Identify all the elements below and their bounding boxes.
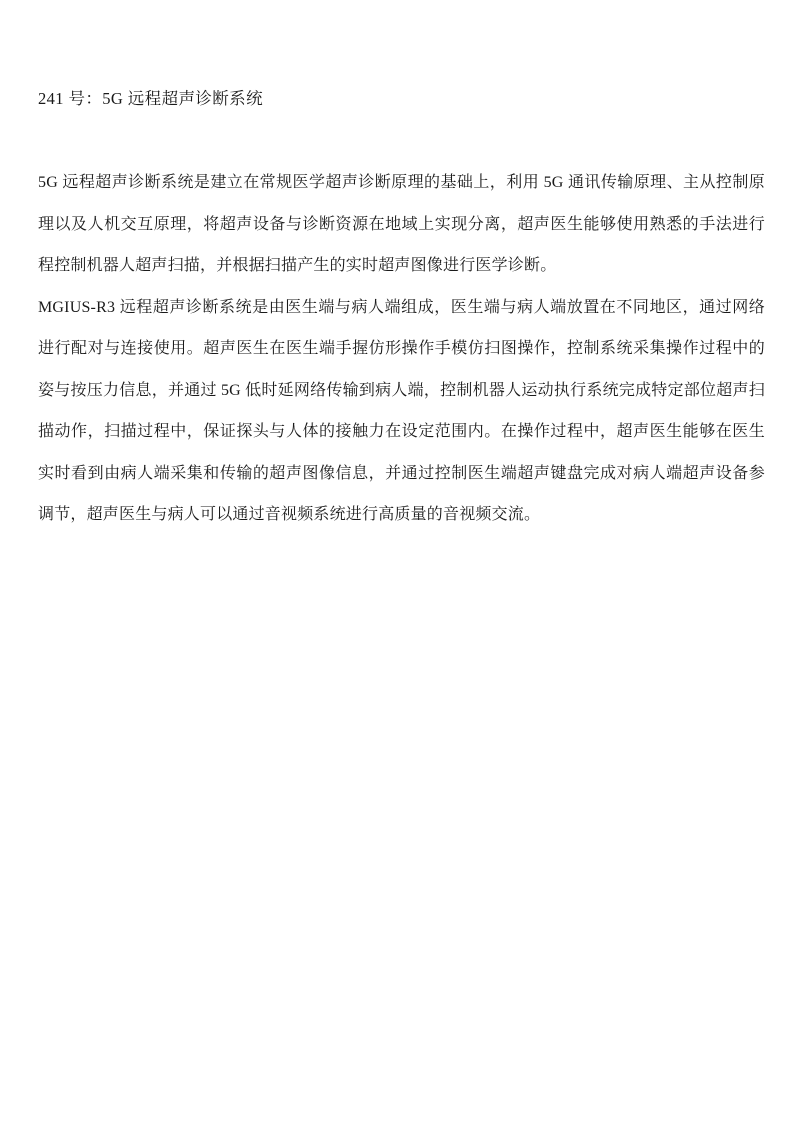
text-line: 描动作，扫描过程中，保证探头与人体的接触力在设定范围内。在操作过程中，超声医生能… <box>38 411 765 453</box>
text-line: 程控制机器人超声扫描，并根据扫描产生的实时超声图像进行医学诊断。 <box>38 245 765 287</box>
text-line: 姿与按压力信息，并通过 5G 低时延网络传输到病人端，控制机器人运动执行系统完成… <box>38 370 765 412</box>
paragraph: MGIUS-R3 远程超声诊断系统是由医生端与病人端组成，医生端与病人端放置在不… <box>38 287 765 536</box>
document-page: 241 号：5G 远程超声诊断系统 5G 远程超声诊断系统是建立在常规医学超声诊… <box>0 0 800 1131</box>
document-title: 241 号：5G 远程超声诊断系统 <box>38 78 765 120</box>
text-line: 进行配对与连接使用。超声医生在医生端手握仿形操作手模仿扫图操作，控制系统采集操作… <box>38 328 765 370</box>
text-line: 调节，超声医生与病人可以通过音视频系统进行高质量的音视频交流。 <box>38 494 765 536</box>
text-line: 实时看到由病人端采集和传输的超声图像信息，并通过控制医生端超声键盘完成对病人端超… <box>38 453 765 495</box>
text-line: 5G 远程超声诊断系统是建立在常规医学超声诊断原理的基础上，利用 5G 通讯传输… <box>38 162 765 204</box>
document-body: 5G 远程超声诊断系统是建立在常规医学超声诊断原理的基础上，利用 5G 通讯传输… <box>38 162 765 536</box>
document-content: 241 号：5G 远程超声诊断系统 5G 远程超声诊断系统是建立在常规医学超声诊… <box>0 0 800 536</box>
paragraph: 5G 远程超声诊断系统是建立在常规医学超声诊断原理的基础上，利用 5G 通讯传输… <box>38 162 765 287</box>
text-line: 理以及人机交互原理，将超声设备与诊断资源在地域上实现分离，超声医生能够使用熟悉的… <box>38 204 765 246</box>
text-line: MGIUS-R3 远程超声诊断系统是由医生端与病人端组成，医生端与病人端放置在不… <box>38 287 765 329</box>
